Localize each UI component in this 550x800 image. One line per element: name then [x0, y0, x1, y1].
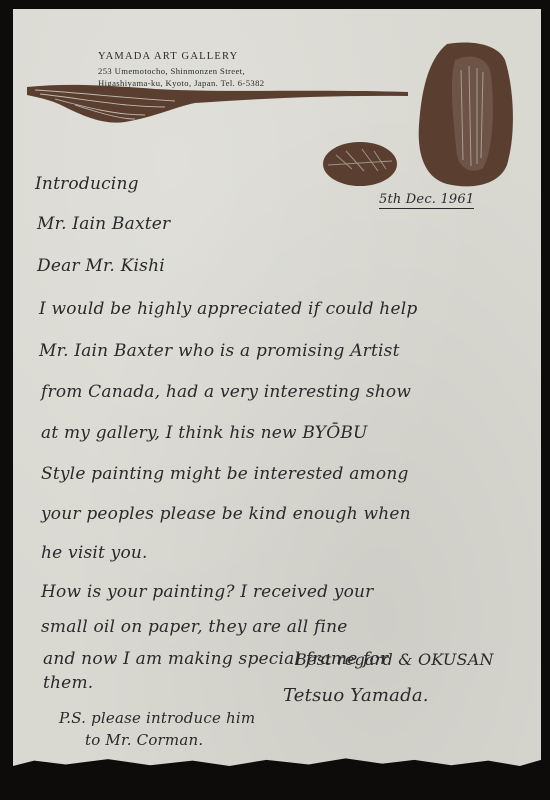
- closing: Best regard & OKUSAN: [295, 650, 494, 669]
- body-line: I would be highly appreciated if could h…: [39, 299, 417, 319]
- letter-date: 5th Dec. 1961: [379, 192, 474, 209]
- body-line: he visit you.: [41, 543, 148, 563]
- body-line: at my gallery, I think his new BYŌBU: [41, 423, 368, 443]
- brush-stroke-icon: [25, 77, 410, 127]
- body-line: them.: [43, 673, 93, 693]
- body-line: small oil on paper, they are all fine: [41, 617, 348, 637]
- brush-oval-icon: [322, 141, 398, 187]
- body-line: from Canada, had a very interesting show: [41, 382, 411, 402]
- letter-paper: YAMADA ART GALLERY 253 Umemotocho, Shinm…: [13, 9, 541, 769]
- salutation: Dear Mr. Kishi: [37, 256, 165, 276]
- postscript-line-2: to Mr. Corman.: [85, 731, 203, 749]
- body-line: Style painting might be interested among: [41, 464, 409, 484]
- gallery-name: YAMADA ART GALLERY: [98, 51, 264, 62]
- body-line: Mr. Iain Baxter who is a promising Artis…: [39, 341, 400, 361]
- heading-introducing: Introducing: [35, 174, 139, 194]
- brush-stone-icon: [417, 40, 515, 190]
- body-line: How is your painting? I received your: [41, 582, 374, 602]
- address-line-1: 253 Umemotocho, Shinmonzen Street,: [98, 65, 264, 77]
- body-line: your peoples please be kind enough when: [41, 504, 411, 524]
- heading-name: Mr. Iain Baxter: [37, 214, 170, 234]
- postscript-line-1: P.S. please introduce him: [59, 709, 255, 727]
- signature: Tetsuo Yamada.: [283, 685, 429, 706]
